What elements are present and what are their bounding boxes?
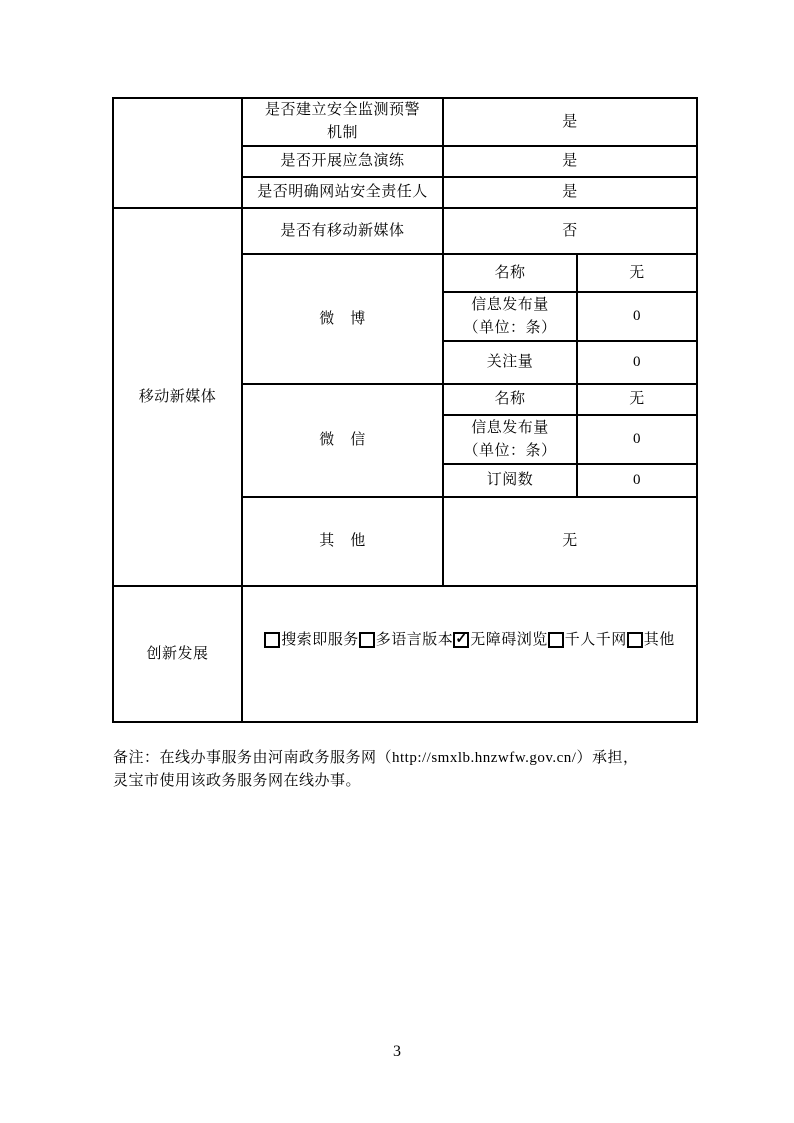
report-table: 是否建立安全监测预警 机制 是 是否开展应急演练 是 是否明确网站安全责任人 是… [112, 97, 698, 723]
checkbox-unchecked-icon [264, 632, 280, 648]
innovation-option: 搜索即服务 [264, 629, 359, 652]
footnote: 备注：在线办事服务由河南政务服务网（http://smxlb.hnzwfw.go… [113, 747, 705, 793]
innovation-option: 其他 [627, 629, 675, 652]
wechat-subscribers-label: 订阅数 [443, 464, 577, 497]
checkbox-checked-icon: ✓ [453, 632, 469, 648]
weibo-followers-value: 0 [577, 341, 697, 384]
checkbox-unchecked-icon [359, 632, 375, 648]
wechat-name-label: 名称 [443, 384, 577, 415]
checkbox-unchecked-icon [548, 632, 564, 648]
innovation-option-label: 无障碍浏览 [470, 629, 548, 652]
mobile-media-has-question: 是否有移动新媒体 [242, 208, 443, 254]
wechat-label-cell: 微 信 [242, 384, 443, 497]
security-question-2: 是否开展应急演练 [242, 146, 443, 177]
weibo-followers-label: 关注量 [443, 341, 577, 384]
table-row: 创新发展 搜索即服务 多语言版本 ✓ 无障碍浏览 [113, 586, 697, 722]
security-question-1: 是否建立安全监测预警 机制 [242, 98, 443, 146]
innovation-option-label: 其他 [644, 629, 675, 652]
checkbox-unchecked-icon [627, 632, 643, 648]
weibo-volume-label: 信息发布量 （单位：条） [443, 292, 577, 341]
wechat-name-value: 无 [577, 384, 697, 415]
table-row: 是否建立安全监测预警 机制 是 [113, 98, 697, 146]
security-answer-2: 是 [443, 146, 697, 177]
innovation-options-cell: 搜索即服务 多语言版本 ✓ 无障碍浏览 千人千网 [242, 586, 697, 722]
wechat-subscribers-value: 0 [577, 464, 697, 497]
security-answer-1: 是 [443, 98, 697, 146]
security-answer-3: 是 [443, 177, 697, 208]
innovation-option: ✓ 无障碍浏览 [453, 629, 548, 652]
innovation-option: 多语言版本 [359, 629, 454, 652]
innovation-options-row: 搜索即服务 多语言版本 ✓ 无障碍浏览 千人千网 [243, 629, 696, 652]
wechat-volume-label: 信息发布量 （单位：条） [443, 415, 577, 464]
innovation-option-label: 多语言版本 [376, 629, 454, 652]
wechat-volume-value: 0 [577, 415, 697, 464]
weibo-label-cell: 微 博 [242, 254, 443, 384]
weibo-volume-value: 0 [577, 292, 697, 341]
security-category-cell [113, 98, 242, 208]
other-media-value-cell: 无 [443, 497, 697, 586]
security-question-3: 是否明确网站安全责任人 [242, 177, 443, 208]
innovation-category-cell: 创新发展 [113, 586, 242, 722]
document-page: 是否建立安全监测预警 机制 是 是否开展应急演练 是 是否明确网站安全责任人 是… [0, 0, 794, 1123]
innovation-option: 千人千网 [548, 629, 627, 652]
weibo-name-value: 无 [577, 254, 697, 292]
mobile-media-category-cell: 移动新媒体 [113, 208, 242, 586]
mobile-media-has-answer: 否 [443, 208, 697, 254]
page-number: 3 [0, 1043, 794, 1061]
innovation-option-label: 千人千网 [565, 629, 627, 652]
innovation-option-label: 搜索即服务 [281, 629, 359, 652]
weibo-name-label: 名称 [443, 254, 577, 292]
table-row: 移动新媒体 是否有移动新媒体 否 [113, 208, 697, 254]
other-media-label-cell: 其 他 [242, 497, 443, 586]
